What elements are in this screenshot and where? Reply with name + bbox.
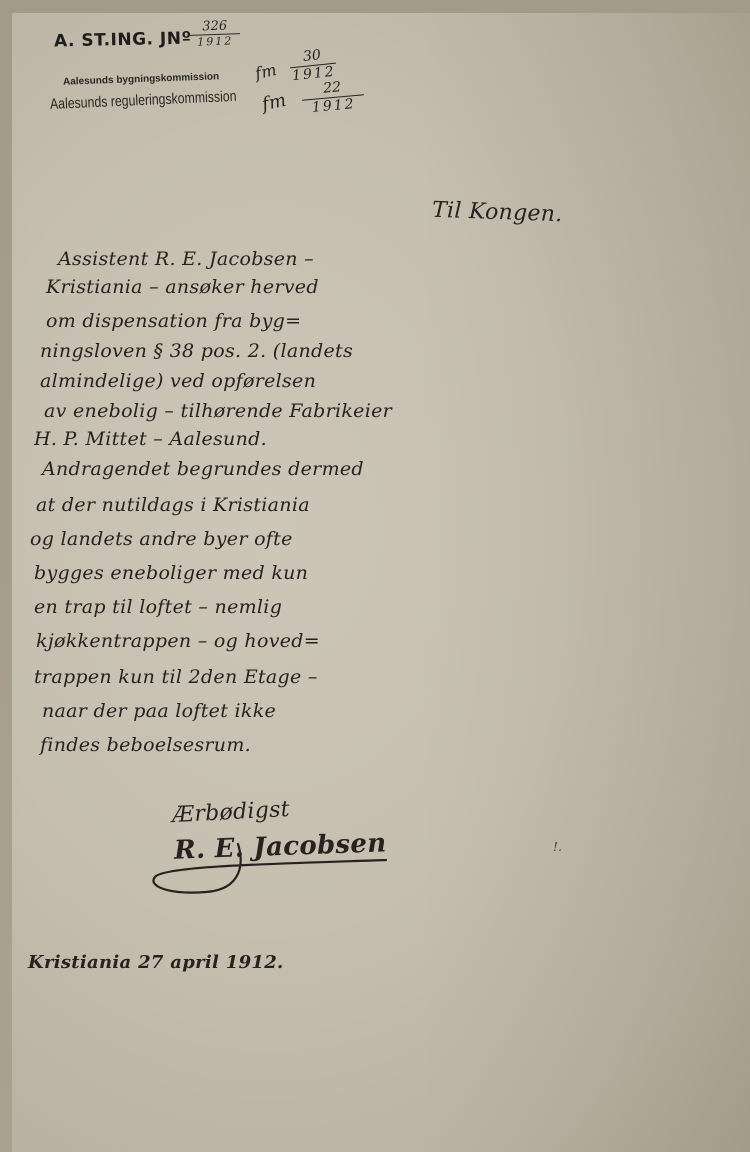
body-line: av enebolig – tilhørende Fabrikeier	[44, 400, 392, 422]
body-line: kjøkkentrappen – og hoved=	[36, 630, 320, 652]
place-date: Kristiania 27 april 1912.	[28, 952, 284, 973]
body-line: Assistent R. E. Jacobsen –	[58, 248, 314, 270]
journal-number: 326 1912	[190, 19, 241, 50]
body-line: trappen kun til 2den Etage –	[34, 666, 318, 688]
journal-stamp: A. ST.ING. JNº	[54, 29, 192, 52]
body-line: H. P. Mittet – Aalesund.	[34, 428, 267, 450]
margin-mark: !.	[553, 840, 562, 854]
body-line: at der nutildags i Kristiania	[36, 494, 310, 516]
body-line: ningsloven § 38 pos. 2. (landets	[40, 340, 353, 362]
journal-number-year: 1912	[190, 34, 240, 50]
addressee: Til Kongen.	[432, 198, 563, 228]
body-line: findes beboelsesrum.	[40, 734, 251, 756]
body-line: om dispensation fra byg=	[46, 310, 301, 332]
body-line: naar der paa loftet ikke	[42, 700, 276, 722]
body-line: og landets andre byer ofte	[30, 528, 293, 550]
commission-regulation-ref: 22 1912	[301, 77, 366, 117]
body-line: Andragendet begrundes dermed	[42, 458, 364, 480]
body-line: en trap til loftet – nemlig	[34, 596, 282, 618]
body-line: almindelige) ved opførelsen	[40, 370, 316, 392]
body-line: bygges eneboliger med kun	[34, 562, 308, 584]
signature-flourish-icon	[146, 840, 396, 900]
journal-stamp-label: A. ST.ING. JNº	[54, 29, 192, 52]
body-line: Kristiania – ansøker herved	[46, 276, 319, 298]
